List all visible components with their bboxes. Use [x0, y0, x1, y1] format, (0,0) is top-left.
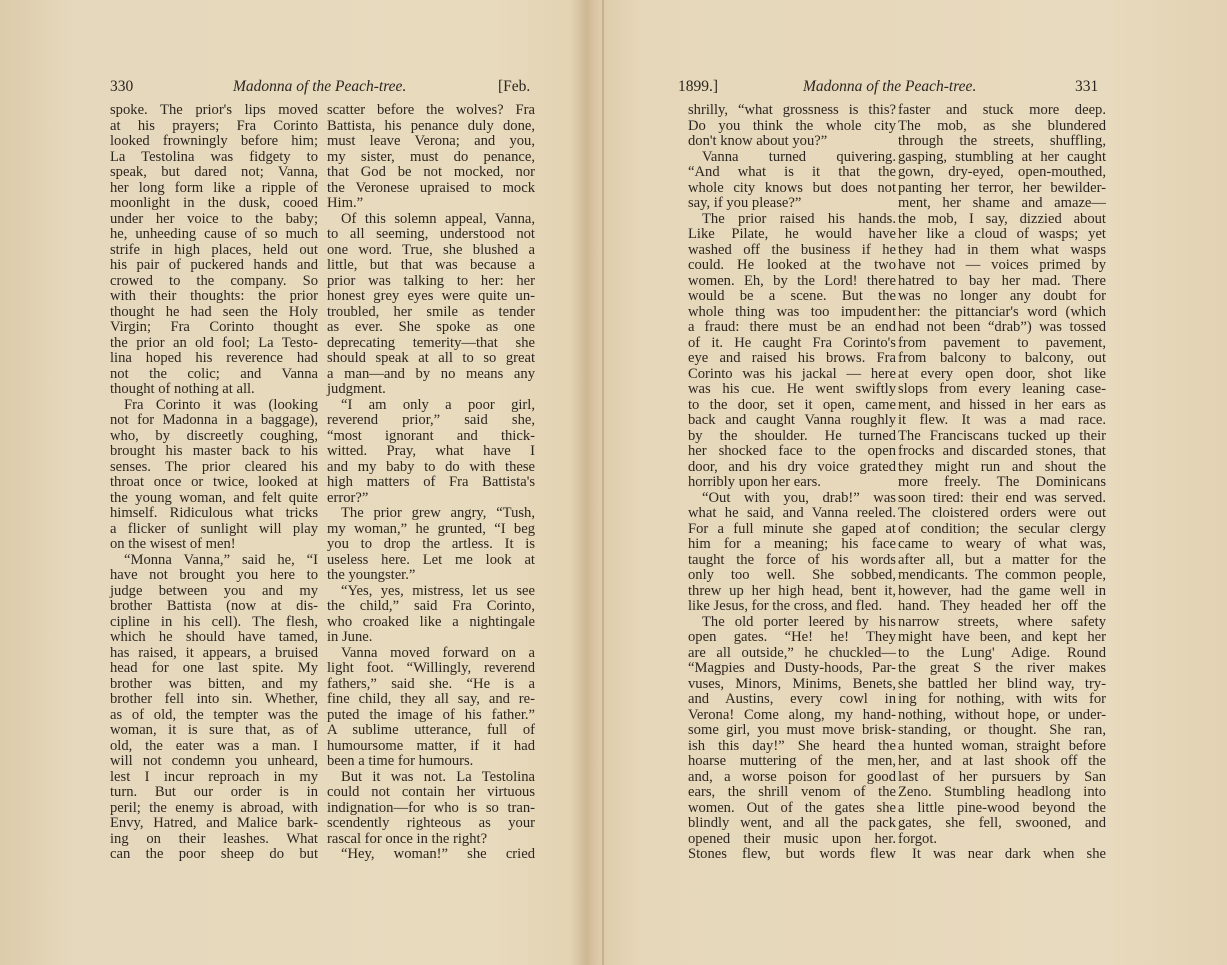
text-line: ment, her shame and amaze—	[898, 196, 1106, 212]
text-line: soon tired: their end was served.	[898, 491, 1106, 507]
text-line: of it. He caught Fra Corinto's	[688, 336, 896, 352]
text-line: as of old, the tempter was the	[110, 708, 318, 724]
text-line: however, had the game well in	[898, 584, 1106, 600]
text-line: But it was not. La Testolina	[327, 770, 535, 786]
text-line: shrilly, “what grossness is this?	[688, 103, 896, 119]
text-line: La Testolina was fidgety to	[110, 150, 318, 166]
text-line: Zeno. Stumbling headlong into	[898, 785, 1106, 801]
text-line: to all seeming, understood not	[327, 227, 535, 243]
text-line: on the wisest of men!	[110, 537, 318, 553]
text-line: vuses, Minors, Minims, Benets,	[688, 677, 896, 693]
text-line: lest I incur reproach in my	[110, 770, 318, 786]
text-line: honest grey eyes were quite un-	[327, 289, 535, 305]
text-line: came to weary of what was,	[898, 537, 1106, 553]
text-line: he, unheeding cause of so much	[110, 227, 318, 243]
text-line: should speak at all to so great	[327, 351, 535, 367]
text-line: had not been “drab”) was tossed	[898, 320, 1106, 336]
text-line: of condition; the secular clergy	[898, 522, 1106, 538]
text-line: indignation—for who is so tran-	[327, 801, 535, 817]
book-spread: 330 Madonna of the Peach-tree. [Feb. spo…	[0, 0, 1227, 965]
text-line: scendently righteous as your	[327, 816, 535, 832]
text-line: could. He looked at the two	[688, 258, 896, 274]
text-line: Battista, his penance duly done,	[327, 119, 535, 135]
date-mark: 1899.]	[678, 77, 718, 97]
text-line: For a full minute she gaped at	[688, 522, 896, 538]
text-line: not the colic; and Vanna	[110, 367, 318, 383]
text-line: the prior an old fool; La Testo-	[110, 336, 318, 352]
text-line: to the Lung' Adige. Round	[898, 646, 1106, 662]
text-line: one word. True, she blushed a	[327, 243, 535, 259]
text-line: opened their music upon her.	[688, 832, 896, 848]
text-line: has raised, it appears, a bruised	[110, 646, 318, 662]
text-line: Envy, Hatred, and Malice bark-	[110, 816, 318, 832]
text-line: what he said, and Vanna reeled.	[688, 506, 896, 522]
text-line: woman, it is sure that, as of	[110, 723, 318, 739]
text-line: her shocked face to the open	[688, 444, 896, 460]
text-line: she battled her blind way, try-	[898, 677, 1106, 693]
text-line: strife in high places, held out	[110, 243, 318, 259]
text-line: back and caught Vanna roughly	[688, 413, 896, 429]
text-line: puted the image of his father.”	[327, 708, 535, 724]
text-line: Verona! Come along, my hand-	[688, 708, 896, 724]
text-line: eye and raised his brows. Fra	[688, 351, 896, 367]
text-line: Vanna moved forward on a	[327, 646, 535, 662]
text-line: reverend prior,” said she,	[327, 413, 535, 429]
text-line: the young woman, and felt quite	[110, 491, 318, 507]
text-line: Stones flew, but words flew	[688, 847, 896, 863]
text-line: the great S the river makes	[898, 661, 1106, 677]
text-line: under her voice to the baby;	[110, 212, 318, 228]
text-line: open gates. “He! he! They	[688, 630, 896, 646]
text-column-right-1: shrilly, “what grossness is this?Do you …	[688, 103, 896, 863]
text-line: Of this solemn appeal, Vanna,	[327, 212, 535, 228]
text-line: not for Madonna in a baggage),	[110, 413, 318, 429]
text-line: standing, or thought. She ran,	[898, 723, 1106, 739]
text-line: more freely. The Dominicans	[898, 475, 1106, 491]
text-line: panting her terror, her bewilder-	[898, 181, 1106, 197]
text-column-left-2: scatter before the wolves? FraBattista, …	[327, 103, 535, 863]
text-line: gates, she fell, swooned, and	[898, 816, 1106, 832]
text-line: “Hey, woman!” she cried	[327, 847, 535, 863]
text-line: “Monna Vanna,” said he, “I	[110, 553, 318, 569]
text-line: will not condemn you unheard,	[110, 754, 318, 770]
text-line: washed off the business if he	[688, 243, 896, 259]
text-line: speak, but dared not; Vanna,	[110, 165, 318, 181]
text-line: at his prayers; Fra Corinto	[110, 119, 318, 135]
text-line: The old porter leered by his	[688, 615, 896, 631]
text-line: from pavement to pavement,	[898, 336, 1106, 352]
text-line: ing for nothing, with wits for	[898, 692, 1106, 708]
text-line: hoarse muttering of the men,	[688, 754, 896, 770]
text-line: which he should have tamed,	[110, 630, 318, 646]
text-line: the Veronese upraised to mock	[327, 181, 535, 197]
text-line: ish this day!” She heard the	[688, 739, 896, 755]
text-line: would be a scene. But the	[688, 289, 896, 305]
text-line: spoke. The prior's lips moved	[110, 103, 318, 119]
text-line: old, the eater was a man. I	[110, 739, 318, 755]
text-line: thought he had seen the Holy	[110, 305, 318, 321]
text-line: threw up her high head, bent it,	[688, 584, 896, 600]
text-line: a little pine-wood beyond the	[898, 801, 1106, 817]
text-line: brought his master back to his	[110, 444, 318, 460]
text-line: little, but that was because a	[327, 258, 535, 274]
text-line: women. Out of the gates she	[688, 801, 896, 817]
text-line: mendicants. The common people,	[898, 568, 1106, 584]
text-line: her like a cloud of wasps; yet	[898, 227, 1106, 243]
text-line: my sister, must do penance,	[327, 150, 535, 166]
text-line: error?”	[327, 491, 535, 507]
text-line: ment, and hissed in her ears as	[898, 398, 1106, 414]
text-line: have not brought you here to	[110, 568, 318, 584]
text-line: him for a meaning; his face	[688, 537, 896, 553]
text-line: “Out with you, drab!” was	[688, 491, 896, 507]
text-line: crowed to the company. So	[110, 274, 318, 290]
text-line: whole city knows but does not	[688, 181, 896, 197]
text-line: that God be not mocked, nor	[327, 165, 535, 181]
text-column-right-2: faster and stuck more deep.The mob, as s…	[898, 103, 1106, 863]
text-line: Virgin; Fra Corinto thought	[110, 320, 318, 336]
text-line: nothing, without hope, or under-	[898, 708, 1106, 724]
text-line: only too well. She sobbed,	[688, 568, 896, 584]
text-line: her: the pittanciar's word (which	[898, 305, 1106, 321]
text-line: frocks and discarded stones, that	[898, 444, 1106, 460]
text-line: brother was bitten, and my	[110, 677, 318, 693]
text-line: like Jesus, for the cross, and fled.	[688, 599, 896, 615]
text-line: you to drop the artless. It is	[327, 537, 535, 553]
text-line: witted. Pray, what have I	[327, 444, 535, 460]
running-title: Madonna of the Peach-tree.	[803, 77, 976, 97]
text-line: moonlight in the dusk, cooed	[110, 196, 318, 212]
text-line: light foot. “Willingly, reverend	[327, 661, 535, 677]
text-line: was no longer any doubt for	[898, 289, 1106, 305]
text-line: The prior raised his hands.	[688, 212, 896, 228]
text-line: a man—and by no means any	[327, 367, 535, 383]
text-line: senses. The prior cleared his	[110, 460, 318, 476]
text-line: high matters of Fra Battista's	[327, 475, 535, 491]
text-line: head for one last spite. My	[110, 661, 318, 677]
text-line: The cloistered orders were out	[898, 506, 1106, 522]
text-line: ing on their leashes. What	[110, 832, 318, 848]
text-line: my woman,” he grunted, “I beg	[327, 522, 535, 538]
text-line: Him.”	[327, 196, 535, 212]
text-line: can the poor sheep do but	[110, 847, 318, 863]
text-line: and, a worse poison for good	[688, 770, 896, 786]
text-line: The Franciscans tucked up their	[898, 429, 1106, 445]
text-line: The mob, as she blundered	[898, 119, 1106, 135]
text-line: her long form like a ripple of	[110, 181, 318, 197]
text-line: after all, but a matter for the	[898, 553, 1106, 569]
text-line: are all outside,” he chuckled—	[688, 646, 896, 662]
text-line: a flicker of sunlight will play	[110, 522, 318, 538]
text-line: hatred to bay her mad. There	[898, 274, 1106, 290]
text-line: door, and his dry voice grated	[688, 460, 896, 476]
text-line: at every open door, shot like	[898, 367, 1106, 383]
text-line: might have been, and kept her	[898, 630, 1106, 646]
text-line: hand. They headed her off the	[898, 599, 1106, 615]
text-line: brother Battista (now at dis-	[110, 599, 318, 615]
text-line: “most ignorant and thick-	[327, 429, 535, 445]
text-line: don't know about you?”	[688, 134, 896, 150]
text-line: taught the force of his words	[688, 553, 896, 569]
text-line: who croaked like a nightingale	[327, 615, 535, 631]
text-line: and my baby to do with these	[327, 460, 535, 476]
text-line: himself. Ridiculous what tricks	[110, 506, 318, 522]
text-line: Do you think the whole city	[688, 119, 896, 135]
text-line: horribly upon her ears.	[688, 475, 896, 491]
text-line: it flew. It was a mad race.	[898, 413, 1106, 429]
right-page: 1899.] Madonna of the Peach-tree. 331 sh…	[605, 0, 1227, 965]
page-number: 331	[1075, 77, 1098, 97]
text-line: women. Eh, by the Lord! there	[688, 274, 896, 290]
text-line: have not — voices primed by	[898, 258, 1106, 274]
text-line: brother fell into sin. Whether,	[110, 692, 318, 708]
text-line: his pair of puckered hands and	[110, 258, 318, 274]
text-line: “And what is it that the	[688, 165, 896, 181]
text-line: forgot.	[898, 832, 1106, 848]
text-line: the youngster.”	[327, 568, 535, 584]
text-line: cipline in his cell). The flesh,	[110, 615, 318, 631]
text-line: Vanna turned quivering.	[688, 150, 896, 166]
text-line: with their thoughts: the prior	[110, 289, 318, 305]
text-line: say, if you please?”	[688, 196, 896, 212]
text-line: gasping, stumbling at her caught	[898, 150, 1106, 166]
text-line: and Austins, every cowl in	[688, 692, 896, 708]
left-page: 330 Madonna of the Peach-tree. [Feb. spo…	[0, 0, 603, 965]
text-line: prior was talking to her: her	[327, 274, 535, 290]
text-line: to the door, set it open, came	[688, 398, 896, 414]
text-line: looked frowningly before him;	[110, 134, 318, 150]
text-line: fine child, they all say, and re-	[327, 692, 535, 708]
text-line: ears, the shrill venom of the	[688, 785, 896, 801]
text-line: A sublime utterance, full of	[327, 723, 535, 739]
text-line: judge between you and my	[110, 584, 318, 600]
text-line: turn. But our order is in	[110, 785, 318, 801]
left-page-header: 330 Madonna of the Peach-tree. [Feb.	[0, 77, 603, 97]
text-line: could not contain her virtuous	[327, 785, 535, 801]
text-column-left-1: spoke. The prior's lips movedat his pray…	[110, 103, 318, 863]
text-line: deprecating temerity—that she	[327, 336, 535, 352]
text-line: slops from every leaning case-	[898, 382, 1106, 398]
text-line: in June.	[327, 630, 535, 646]
text-line: rascal for once in the right?	[327, 832, 535, 848]
text-line: as ever. She spoke as one	[327, 320, 535, 336]
text-line: last of her pursuers by San	[898, 770, 1106, 786]
text-line: a fraud: there must be an end	[688, 320, 896, 336]
text-line: must leave Verona; and you,	[327, 134, 535, 150]
text-line: a hunted woman, straight before	[898, 739, 1106, 755]
text-line: was his cue. He went swiftly	[688, 382, 896, 398]
text-line: “I am only a poor girl,	[327, 398, 535, 414]
text-line: thought of nothing at all.	[110, 382, 318, 398]
text-line: some girl, you must move brisk-	[688, 723, 896, 739]
text-line: scatter before the wolves? Fra	[327, 103, 535, 119]
text-line: peril; the enemy is abroad, with	[110, 801, 318, 817]
text-line: by the shoulder. He turned	[688, 429, 896, 445]
date-mark: [Feb.	[498, 77, 530, 97]
text-line: useless here. Let me look at	[327, 553, 535, 569]
text-line: been a time for humours.	[327, 754, 535, 770]
text-line: Corinto was his jackal — here	[688, 367, 896, 383]
text-line: narrow streets, where safety	[898, 615, 1106, 631]
text-line: Fra Corinto it was (looking	[110, 398, 318, 414]
right-page-header: 1899.] Madonna of the Peach-tree. 331	[605, 77, 1227, 97]
text-line: who, by discreetly coughing,	[110, 429, 318, 445]
text-line: faster and stuck more deep.	[898, 103, 1106, 119]
text-line: “Magpies and Dusty-hoods, Par-	[688, 661, 896, 677]
text-line: Like Pilate, he would have	[688, 227, 896, 243]
text-line: “Yes, yes, mistress, let us see	[327, 584, 535, 600]
text-line: gown, dry-eyed, open-mouthed,	[898, 165, 1106, 181]
text-line: blindly went, and all the pack	[688, 816, 896, 832]
text-line: they might run and shout the	[898, 460, 1106, 476]
text-line: the mob, I say, dizzied about	[898, 212, 1106, 228]
text-line: judgment.	[327, 382, 535, 398]
text-line: humoursome matter, if it had	[327, 739, 535, 755]
text-line: It was near dark when she	[898, 847, 1106, 863]
page-number: 330	[110, 77, 133, 97]
text-line: through the streets, shuffling,	[898, 134, 1106, 150]
running-title: Madonna of the Peach-tree.	[233, 77, 406, 97]
text-line: the child,” said Fra Corinto,	[327, 599, 535, 615]
text-line: troubled, her smile as tender	[327, 305, 535, 321]
text-line: fathers,” said she. “He is a	[327, 677, 535, 693]
text-line: they had in them what wasps	[898, 243, 1106, 259]
text-line: her, and at last shook off the	[898, 754, 1106, 770]
text-line: from balcony to balcony, out	[898, 351, 1106, 367]
text-line: whole thing was too impudent	[688, 305, 896, 321]
text-line: throat once or twice, looked at	[110, 475, 318, 491]
text-line: lina hoped his reverence had	[110, 351, 318, 367]
text-line: The prior grew angry, “Tush,	[327, 506, 535, 522]
